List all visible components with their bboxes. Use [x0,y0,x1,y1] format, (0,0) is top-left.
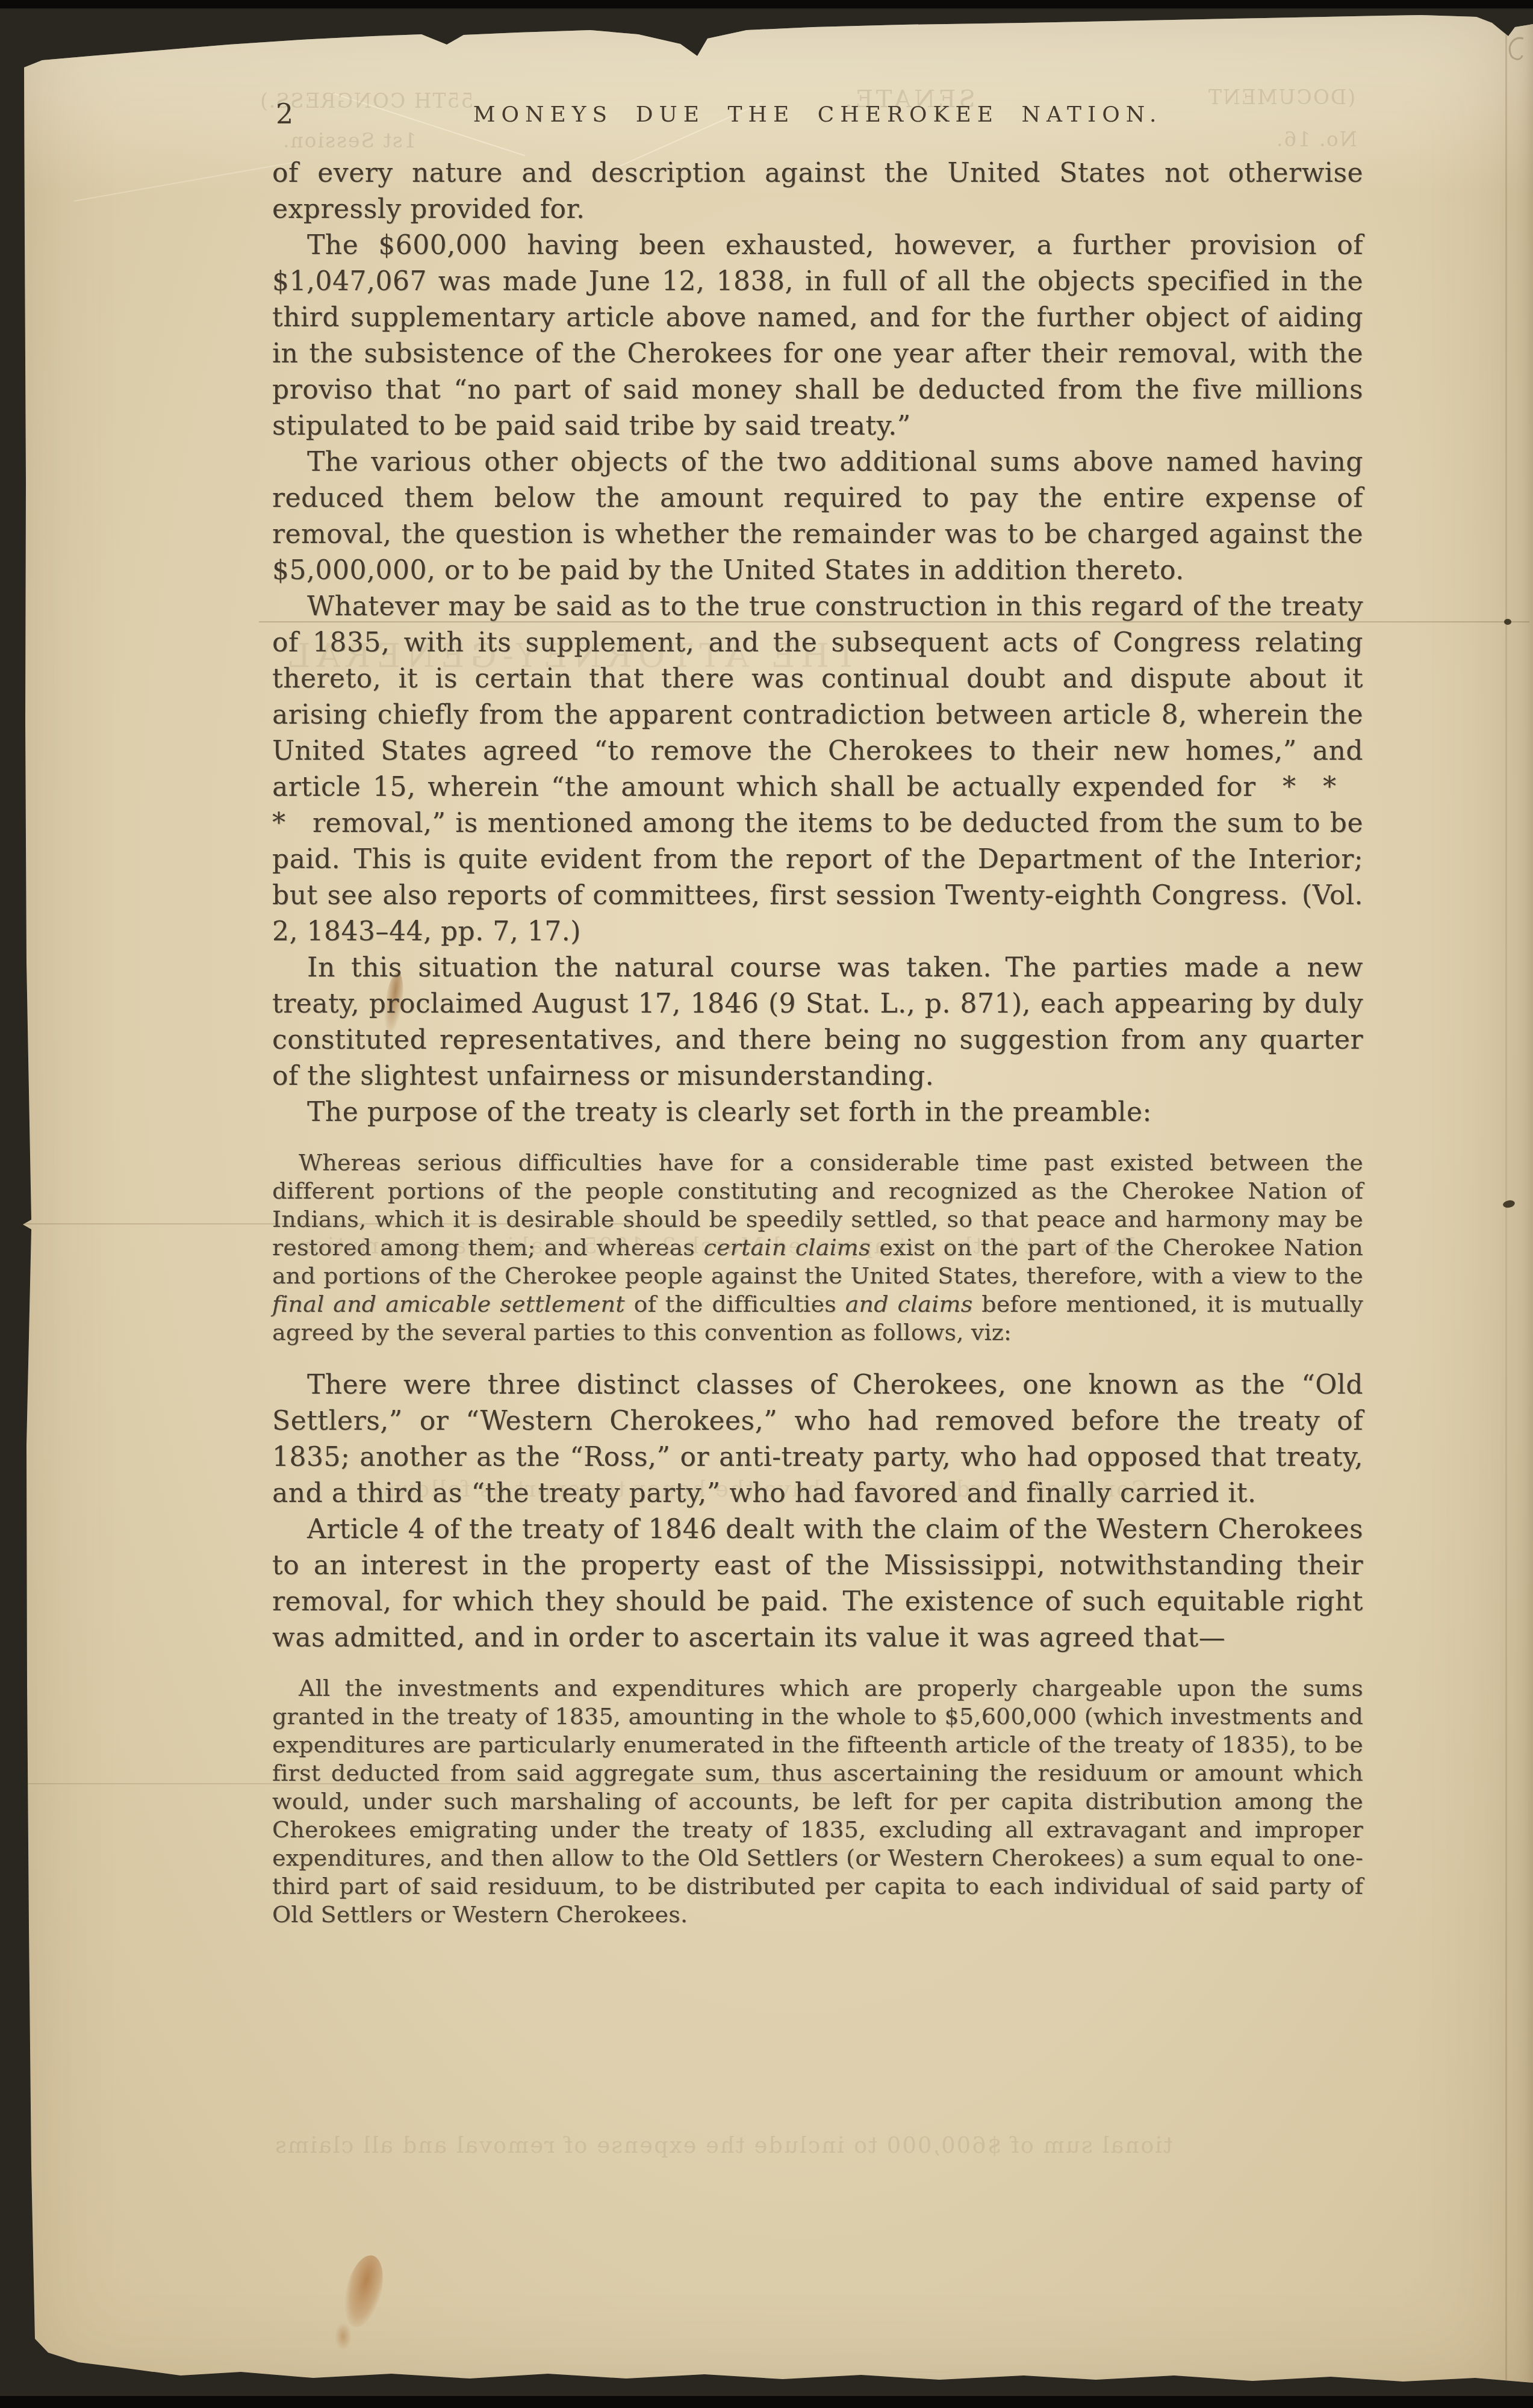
scanned-document-page: 55TH CONGRESS.)1st Session.SENATE.(DOCUM… [0,0,1533,2408]
body-paragraph: The purpose of the treaty is clearly set… [272,1094,1363,1131]
body-paragraph: There were three distinct classes of Che… [272,1367,1363,1512]
body-paragraph: Whatever may be said as to the true cons… [272,589,1363,950]
paper-sheet: 55TH CONGRESS.)1st Session.SENATE.(DOCUM… [0,0,1533,2408]
body-paragraph: The $600,000 having been exhausted, howe… [272,228,1363,444]
fold-tear-mark [1504,619,1511,625]
stain [335,2323,352,2350]
stain [338,2251,390,2331]
pencil-mark [1497,35,1528,77]
quoted-excerpt: Whereas serious difficulties have for a … [272,1149,1363,1347]
running-head: 2 MONEYS DUE THE CHEROKEE NATION. [272,95,1363,134]
scanner-background-bottom [0,2396,1533,2408]
quoted-excerpt: All the investments and expenditures whi… [272,1674,1363,1929]
bleedthrough-ghost-text: tional sum of $600,000 to include the ex… [274,2132,1172,2158]
running-head-title: MONEYS DUE THE CHEROKEE NATION. [272,102,1363,127]
page-content: 2 MONEYS DUE THE CHEROKEE NATION. of eve… [272,95,1363,1949]
scanner-background-top [0,0,1533,8]
fold-tear-mark [1502,1199,1516,1209]
body-paragraph: In this situation the natural course was… [272,950,1363,1094]
body-paragraph: of every nature and description against … [272,155,1363,228]
body-paragraph: The various other objects of the two add… [272,444,1363,589]
document-body: of every nature and description against … [272,155,1363,1929]
body-paragraph: Article 4 of the treaty of 1846 dealt wi… [272,1512,1363,1656]
paper-crease [74,161,300,202]
